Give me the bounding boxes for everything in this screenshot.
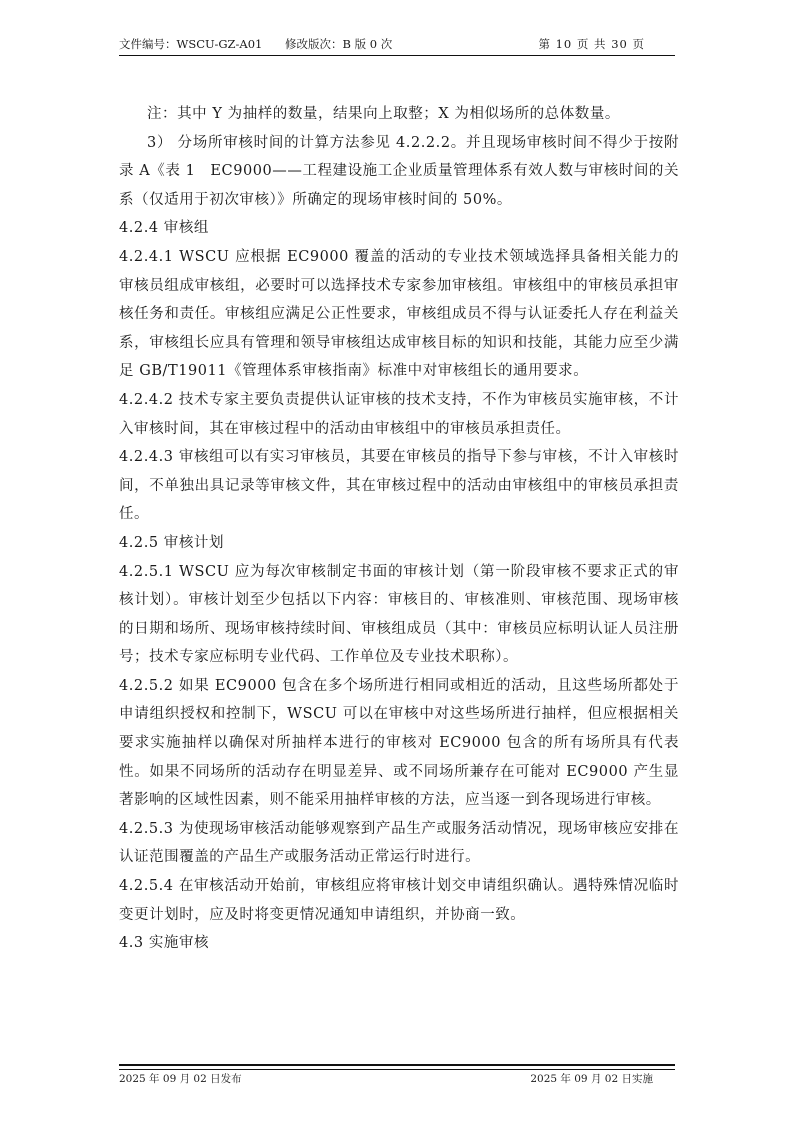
clause-4-2-4-1: 4.2.4.1 WSCU 应根据 EC9000 覆盖的活动的专业技术领域选择具备…	[119, 243, 679, 386]
clause-4-2-5-4: 4.2.5.4 在审核活动开始前，审核组应将审核计划交申请组织确认。遇特殊情况临…	[119, 872, 679, 929]
section-heading-4-2-5: 4.2.5 审核计划	[119, 529, 679, 558]
document-body: 注：其中 Y 为抽样的数量，结果向上取整；X 为相似场所的总体数量。 3） 分场…	[119, 100, 679, 958]
section-heading-4-2-4: 4.2.4 审核组	[119, 214, 679, 243]
list-item-3: 3） 分场所审核时间的计算方法参见 4.2.2.2。并且现场审核时间不得少于按附…	[119, 129, 679, 215]
clause-4-2-5-1: 4.2.5.1 WSCU 应为每次审核制定书面的审核计划（第一阶段审核不要求正式…	[119, 558, 679, 672]
note-paragraph: 注：其中 Y 为抽样的数量，结果向上取整；X 为相似场所的总体数量。	[119, 100, 679, 129]
page-number: 第 10 页 共 30 页	[538, 36, 645, 53]
clause-4-2-5-2: 4.2.5.2 如果 EC9000 包含在多个场所进行相同或相近的活动，且这些场…	[119, 672, 679, 815]
footer-divider-thin	[119, 1069, 675, 1070]
revision-version: 修改版次：B 版 0 次	[285, 36, 392, 53]
clause-4-2-5-3: 4.2.5.3 为使现场审核活动能够观察到产品生产或服务活动情况，现场审核应安排…	[119, 815, 679, 872]
clause-4-2-4-3: 4.2.4.3 审核组可以有实习审核员，其要在审核员的指导下参与审核，不计入审核…	[119, 443, 679, 529]
header-divider	[119, 55, 675, 56]
page-header: 文件编号：WSCU-GZ-A01 修改版次：B 版 0 次 第 10 页 共 3…	[119, 36, 675, 53]
document-number: 文件编号：WSCU-GZ-A01	[119, 36, 262, 53]
page-footer: 2025 年 09 月 02 日发布 2025 年 09 月 02 日实施	[119, 1071, 675, 1087]
effective-date: 2025 年 09 月 02 日实施	[530, 1071, 653, 1087]
section-heading-4-3: 4.3 实施审核	[119, 929, 679, 958]
clause-4-2-4-2: 4.2.4.2 技术专家主要负责提供认证审核的技术支持，不作为审核员实施审核，不…	[119, 386, 679, 443]
footer-divider-thick	[119, 1064, 675, 1066]
issue-date: 2025 年 09 月 02 日发布	[119, 1071, 242, 1087]
